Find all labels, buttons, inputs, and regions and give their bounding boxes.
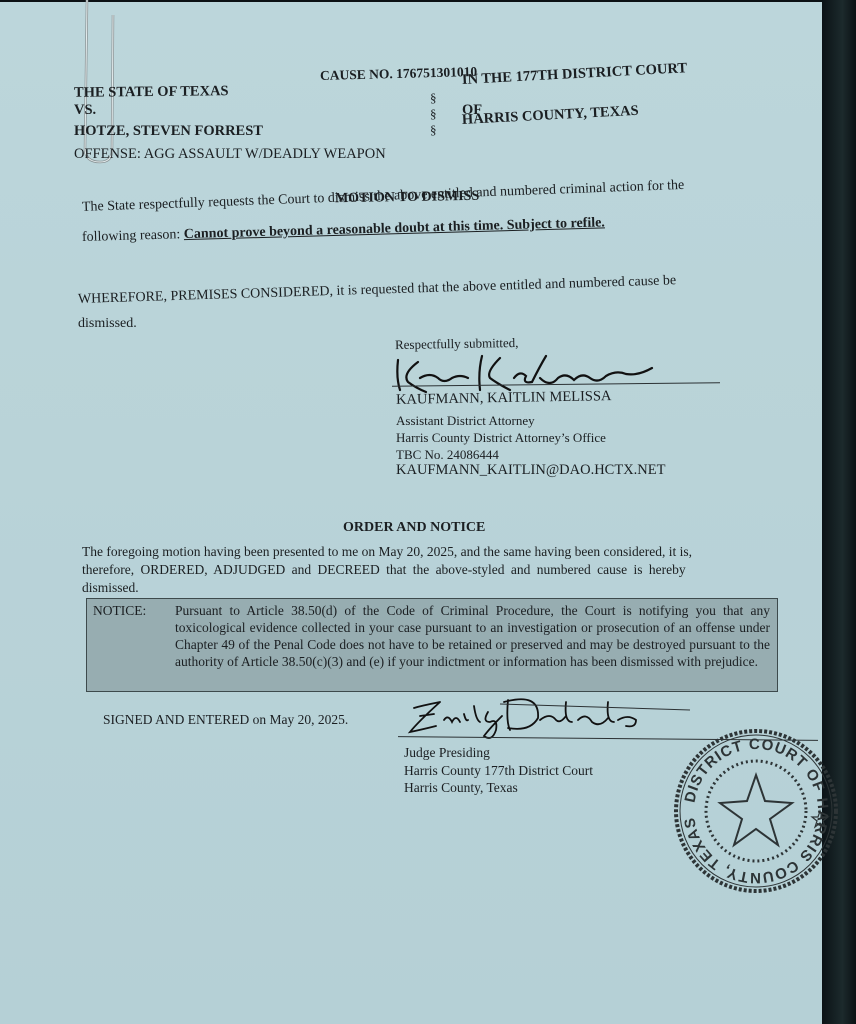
defendant: HOTZE, STEVEN FORREST [74,123,263,140]
prosecutor-office: Harris County District Attorney’s Office [396,429,606,446]
order-line-3: dismissed. [82,580,139,596]
svg-text:DISTRICT COURT OF HARRIS COUNT: DISTRICT COURT OF HARRIS COUNTY, TEXAS [681,736,831,886]
court-seal: DISTRICT COURT OF HARRIS COUNTY, TEXAS [670,725,842,897]
wherefore-line-2: dismissed. [78,316,137,332]
motion-text-prefix: following reason: [82,227,184,245]
plaintiff: THE STATE OF TEXAS [74,83,229,102]
prosecutor-role: Assistant District Attorney [396,412,535,429]
signed-entered: SIGNED AND ENTERED on May 20, 2025. [103,712,348,728]
section-symbol: § [430,106,437,122]
order-line-2: therefore, ORDERED, ADJUDGED and DECREED… [82,562,686,578]
judge-location: Harris County, Texas [404,779,518,796]
tbc-number: TBC No. 24086444 [396,446,499,463]
judge-court: Harris County 177th District Court [404,762,593,779]
prosecutor-email[interactable]: KAUFMANN_KAITLIN@DAO.HCTX.NET [396,462,666,479]
section-symbol: § [430,90,437,106]
judge-role: Judge Presiding [404,744,490,761]
section-symbol: § [430,122,437,138]
notice-text: Pursuant to Article 38.50(d) of the Code… [175,602,770,670]
seal-text: DISTRICT COURT OF HARRIS COUNTY, TEXAS [681,736,831,886]
star-icon [720,775,792,845]
offense: OFFENSE: AGG ASSAULT W/DEADLY WEAPON [74,146,386,163]
judge-signature [400,692,700,748]
notice-box: NOTICE: Pursuant to Article 38.50(d) of … [86,598,778,692]
order-line-1: The foregoing motion having been present… [82,544,692,560]
versus: VS. [74,102,96,119]
notice-label: NOTICE: [93,602,146,619]
order-title: ORDER AND NOTICE [343,520,485,536]
